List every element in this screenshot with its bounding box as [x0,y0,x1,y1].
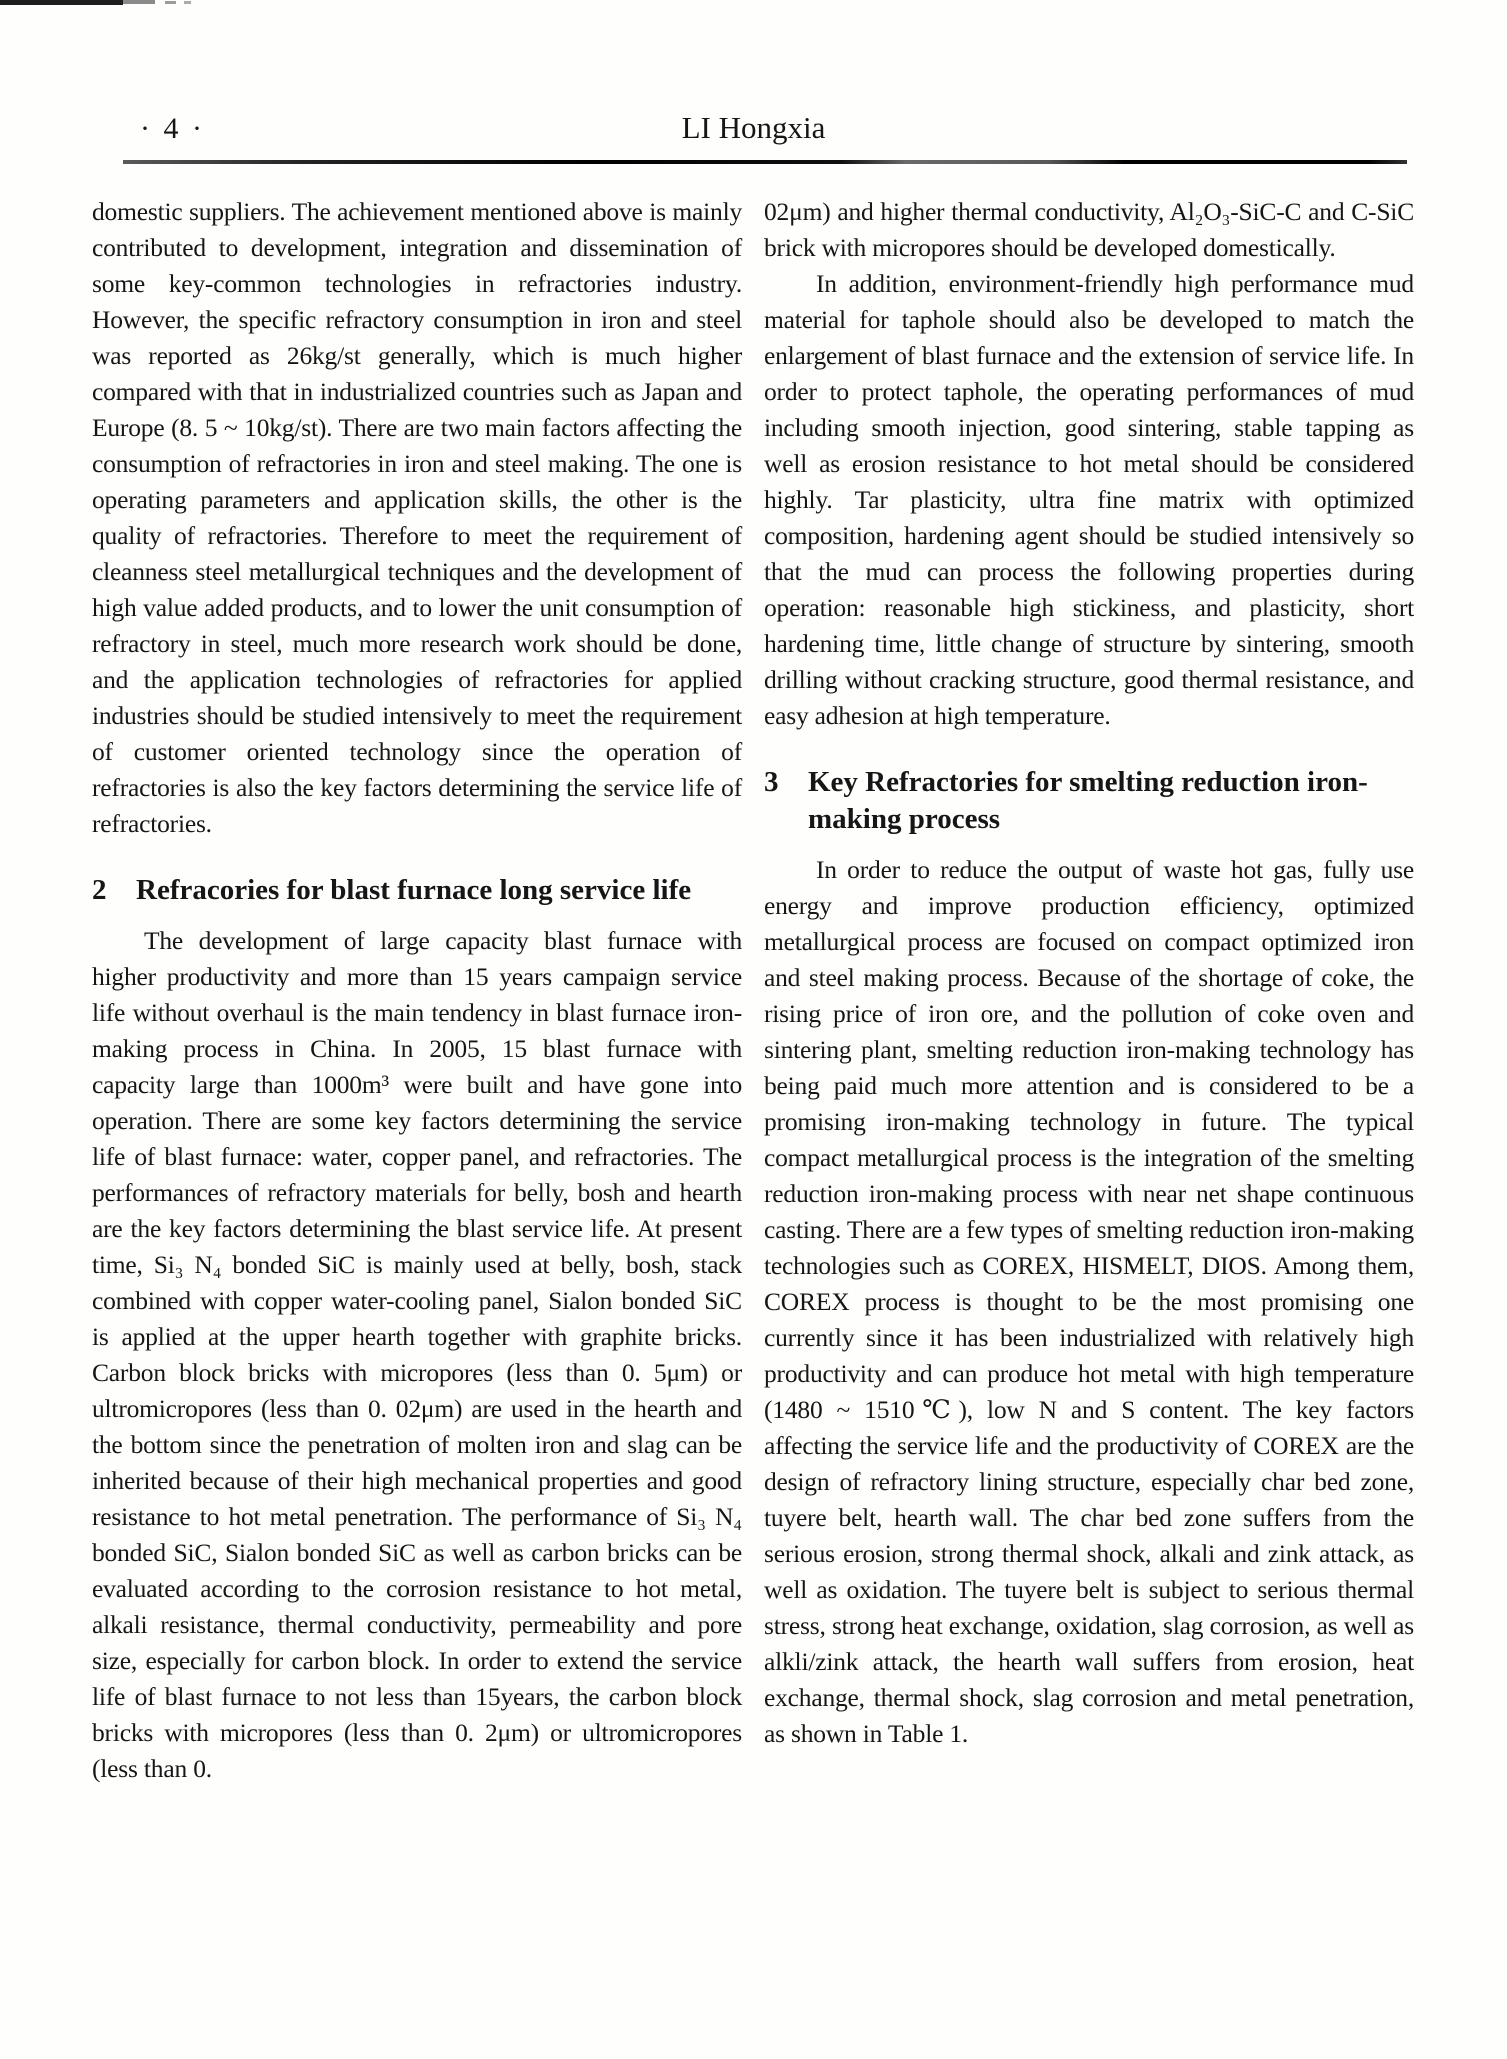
paragraph: In order to reduce the output of waste h… [764,852,1414,1752]
scan-artifact-bar [123,0,155,4]
paragraph: domestic suppliers. The achievement ment… [92,194,742,842]
header-rule [123,160,1407,164]
paragraph: In addition, environment-friendly high p… [764,266,1414,734]
scan-artifact-bar [0,0,123,5]
section-heading: 3 Key Refractories for smelting reductio… [764,764,1414,838]
scan-artifact-dash [184,1,191,4]
heading-text: Key Refractories for smelting reduction … [808,764,1414,838]
heading-number: 3 [764,764,808,838]
column-left: domestic suppliers. The achievement ment… [92,194,742,1787]
heading-text: Refracories for blast furnace long servi… [136,872,742,909]
column-right: 02μm) and higher thermal conductivity, A… [764,194,1414,1787]
paragraph: The development of large capacity blast … [92,923,742,1787]
page-body: domestic suppliers. The achievement ment… [92,194,1414,1787]
scan-artifact-dash [165,1,176,4]
running-title: LI Hongxia [0,110,1507,146]
heading-number: 2 [92,872,136,909]
paragraph: 02μm) and higher thermal conductivity, A… [764,194,1414,266]
section-heading: 2 Refracories for blast furnace long ser… [92,872,742,909]
scanned-paper-page: · 4 · LI Hongxia domestic suppliers. The… [0,0,1507,2059]
